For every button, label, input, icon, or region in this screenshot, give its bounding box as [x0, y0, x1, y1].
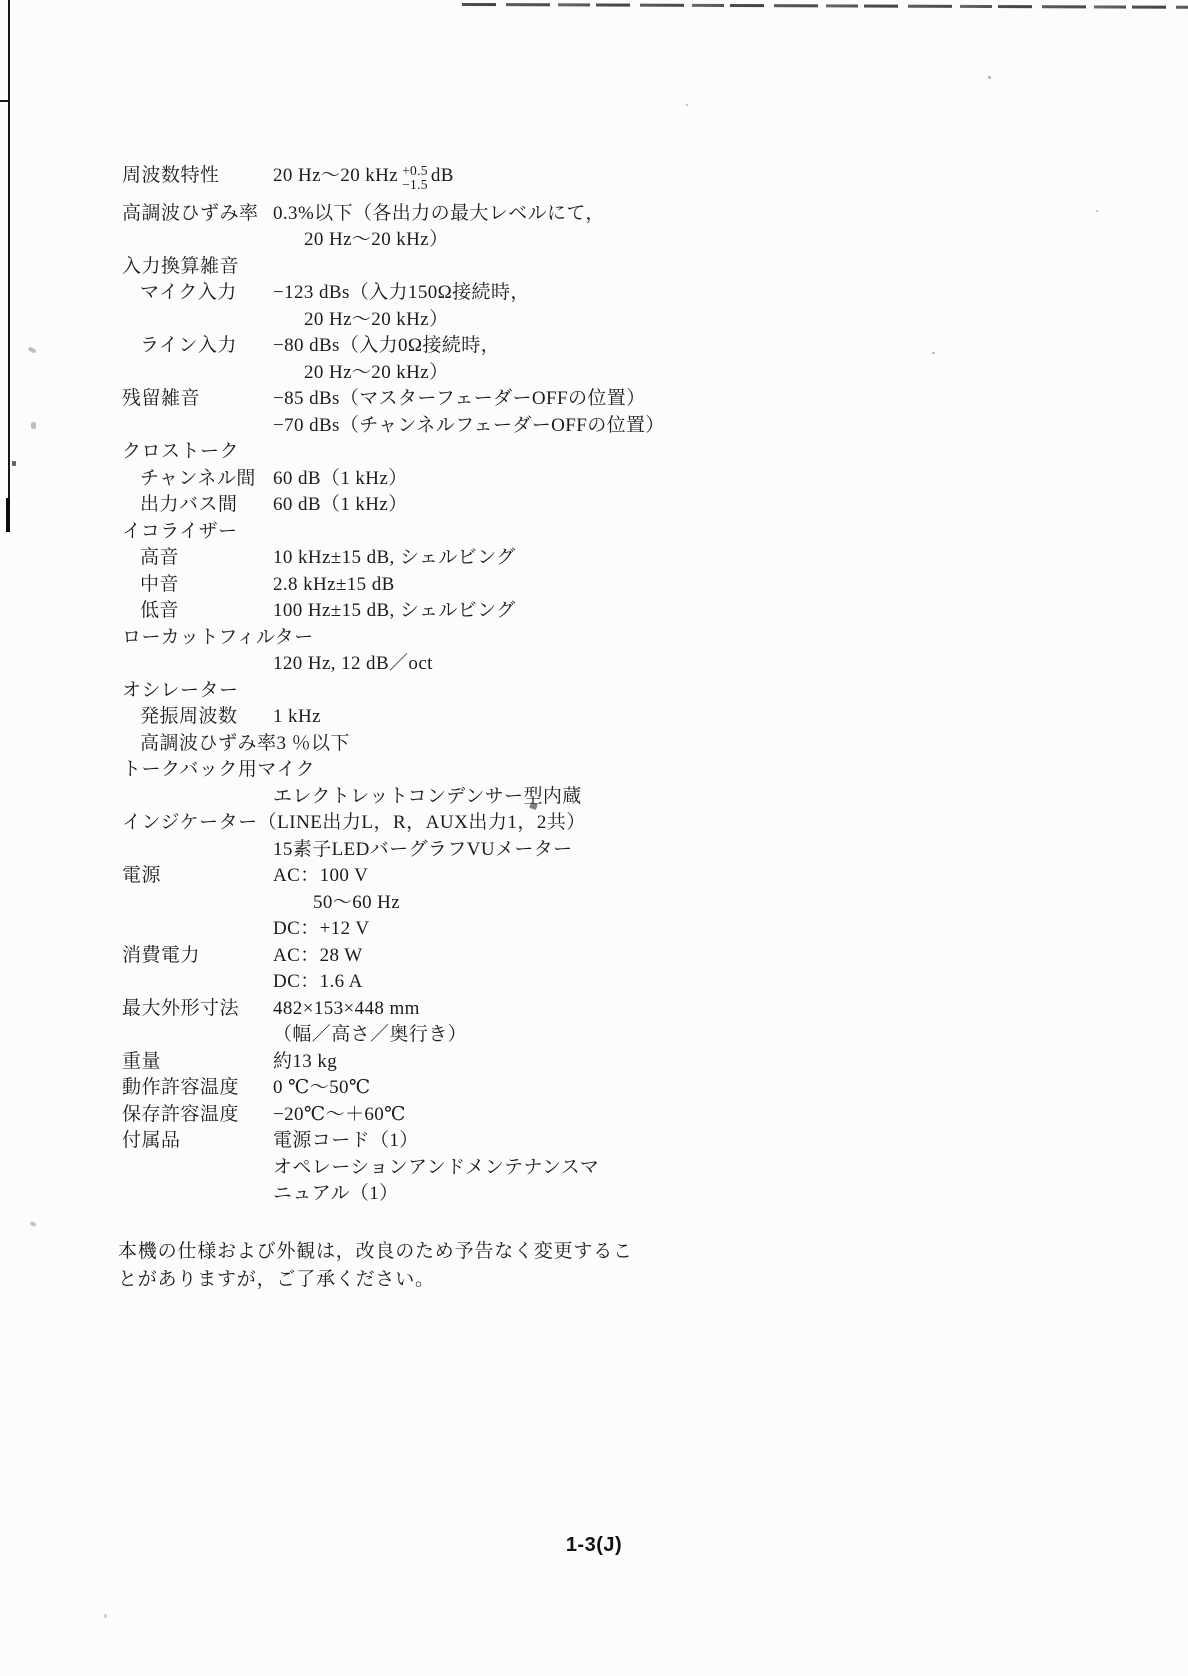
spec-label: 残留雑音 [122, 386, 273, 413]
spec-value: 120 Hz, 12 dB／oct [273, 651, 433, 678]
spec-label: マイク入力 [122, 280, 273, 307]
spec-value: 約13 kg [273, 1049, 337, 1076]
spec-line: 出力バス間60 dB（1 kHz） [122, 492, 1102, 519]
spec-value: DC：1.6 A [273, 969, 363, 996]
spec-line: 中音2.8 kHz±15 dB [122, 572, 1102, 599]
footer-note: 本機の仕様および外観は，改良のため予告なく変更するこ とがありますが，ご了承くだ… [118, 1238, 633, 1293]
spec-line: −70 dBs（チャンネルフェーダーOFFの位置） [122, 413, 1102, 440]
spec-value: −80 dBs（入力0Ω接続時， [273, 333, 500, 360]
document-page: 周波数特性20 Hz～20 kHz+0.5−1.5dB高調波ひずみ率0.3%以下… [0, 0, 1188, 1676]
spec-label: 低音 [122, 598, 273, 625]
spec-label: 入力換算雑音 [122, 254, 273, 281]
spec-line: 50～60 Hz [122, 890, 1102, 917]
spec-label: 消費電力 [122, 943, 273, 970]
spec-value: 50～60 Hz [313, 890, 400, 917]
spec-label: 発振周波数 [122, 704, 273, 731]
spec-line: 最大外形寸法482×153×448 mm [122, 996, 1102, 1023]
page-number: 1-3(J) [0, 1534, 1188, 1557]
spec-line: 発振周波数1 kHz [122, 704, 1102, 731]
spec-line: （幅／高さ／奥行き） [122, 1022, 1102, 1049]
scan-artifact [686, 104, 688, 106]
spec-line: 15素子LEDバーグラフVUメーター [122, 837, 1102, 864]
spec-label: 中音 [122, 572, 273, 599]
spec-line: 動作許容温度0 ℃～50℃ [122, 1075, 1102, 1102]
spec-label: 付属品 [122, 1128, 273, 1155]
spec-line: トークバック用マイク [122, 757, 1102, 784]
spec-line: 付属品電源コード（1） [122, 1128, 1102, 1155]
scan-left-margin-line [8, 0, 10, 498]
spec-line: 低音100 Hz±15 dB, シェルビング [122, 598, 1102, 625]
spec-line: 周波数特性20 Hz～20 kHz+0.5−1.5dB [122, 158, 1102, 201]
spec-label: 周波数特性 [122, 163, 273, 190]
spec-line: チャンネル間60 dB（1 kHz） [122, 466, 1102, 493]
spec-label: 保存許容温度 [122, 1102, 273, 1129]
spec-line: 120 Hz, 12 dB／oct [122, 651, 1102, 678]
spec-value: ニュアル（1） [273, 1181, 399, 1208]
footer-note-line: 本機の仕様および外観は，改良のため予告なく変更するこ [118, 1238, 633, 1266]
spec-line: DC：1.6 A [122, 969, 1102, 996]
spec-value: −85 dBs（マスターフェーダーOFFの位置） [273, 386, 646, 413]
tolerance-stack: +0.5−1.5 [402, 164, 428, 193]
spec-label: ライン入力 [122, 333, 273, 360]
scan-artifact [104, 1614, 107, 1618]
scan-artifact [28, 346, 37, 353]
spec-line: ライン入力−80 dBs（入力0Ω接続時， [122, 333, 1102, 360]
spec-line: 高調波ひずみ率0.3%以下（各出力の最大レベルにて， [122, 201, 1102, 228]
spec-line: 20 Hz～20 kHz） [122, 360, 1102, 387]
spec-label: ローカットフィルター [122, 625, 314, 652]
spec-value: 2.8 kHz±15 dB [273, 572, 395, 599]
spec-value: −123 dBs（入力150Ω接続時， [273, 280, 530, 307]
spec-value: 20 Hz～20 kHz） [304, 360, 449, 387]
spec-line: 入力換算雑音 [122, 254, 1102, 281]
spec-value: −70 dBs（チャンネルフェーダーOFFの位置） [273, 413, 665, 440]
spec-value: 20 Hz～20 kHz） [304, 227, 449, 254]
scan-left-margin-line-end [6, 498, 10, 532]
spec-line: 高音10 kHz±15 dB, シェルビング [122, 545, 1102, 572]
spec-value-suffix: dB [431, 165, 454, 186]
spec-value: 電源コード（1） [273, 1128, 419, 1155]
spec-line: ニュアル（1） [122, 1181, 1102, 1208]
spec-line: 残留雑音−85 dBs（マスターフェーダーOFFの位置） [122, 386, 1102, 413]
spec-line: 高調波ひずみ率3 ％以下 [122, 731, 1102, 758]
scan-artifact [988, 76, 991, 79]
spec-line: クロストーク [122, 439, 1102, 466]
spec-label: 動作許容温度 [122, 1075, 273, 1102]
spec-label: 最大外形寸法 [122, 996, 273, 1023]
spec-line: イコライザー [122, 519, 1102, 546]
scan-artifact [12, 461, 16, 466]
spec-label: オシレーター [122, 678, 273, 705]
spec-line: DC：+12 V [122, 916, 1102, 943]
specifications-list: 周波数特性20 Hz～20 kHz+0.5−1.5dB高調波ひずみ率0.3%以下… [122, 158, 1102, 1208]
spec-line: 重量約13 kg [122, 1049, 1102, 1076]
spec-label: インジケーター（LINE出力L，R，AUX出力1，2共） [122, 810, 586, 837]
spec-line: オペレーションアンドメンテナンスマ [122, 1155, 1102, 1182]
spec-value: 60 dB（1 kHz） [273, 466, 408, 493]
spec-line: マイク入力−123 dBs（入力150Ω接続時， [122, 280, 1102, 307]
spec-value: 60 dB（1 kHz） [273, 492, 408, 519]
spec-line: 電源AC：100 V [122, 863, 1102, 890]
spec-label: 高音 [122, 545, 273, 572]
spec-value-prefix: 20 Hz～20 kHz [273, 165, 398, 186]
spec-line: オシレーター [122, 678, 1102, 705]
spec-value: 3 ％以下 [277, 731, 350, 758]
spec-line: 20 Hz～20 kHz） [122, 227, 1102, 254]
spec-value: 15素子LEDバーグラフVUメーター [273, 837, 573, 864]
spec-label: イコライザー [122, 519, 273, 546]
spec-value: オペレーションアンドメンテナンスマ [273, 1155, 599, 1182]
scan-edge-line [462, 3, 1188, 9]
spec-line: 消費電力AC：28 W [122, 943, 1102, 970]
spec-value: 0 ℃～50℃ [273, 1075, 371, 1102]
spec-value: AC：100 V [273, 863, 368, 890]
spec-line: 保存許容温度−20℃～＋60℃ [122, 1102, 1102, 1129]
spec-value: DC：+12 V [273, 916, 369, 943]
footer-note-line: とがありますが，ご了承ください。 [118, 1266, 633, 1294]
spec-value: 482×153×448 mm [273, 996, 420, 1023]
spec-value: 20 Hz～20 kHz） [304, 307, 449, 334]
spec-label: 高調波ひずみ率 [122, 201, 273, 228]
spec-value: −20℃～＋60℃ [273, 1102, 406, 1129]
spec-line: ローカットフィルター [122, 625, 1102, 652]
spec-value: （幅／高さ／奥行き） [273, 1022, 467, 1049]
spec-line: エレクトレットコンデンサー型内蔵 [122, 784, 1102, 811]
spec-label: 高調波ひずみ率 [122, 731, 277, 758]
spec-value: 10 kHz±15 dB, シェルビング [273, 545, 516, 572]
spec-value: 100 Hz±15 dB, シェルビング [273, 598, 516, 625]
spec-value: 0.3%以下（各出力の最大レベルにて， [273, 201, 605, 228]
spec-label: 出力バス間 [122, 492, 273, 519]
spec-value: 1 kHz [273, 704, 321, 731]
scan-artifact [31, 422, 36, 429]
scan-left-margin-tick [0, 100, 9, 102]
spec-label: トークバック用マイク [122, 757, 315, 784]
spec-label: 重量 [122, 1049, 273, 1076]
scan-artifact [29, 1221, 36, 1227]
spec-value: エレクトレットコンデンサー型内蔵 [273, 784, 582, 811]
spec-line: 20 Hz～20 kHz） [122, 307, 1102, 334]
spec-value: 20 Hz～20 kHz+0.5−1.5dB [273, 163, 454, 193]
spec-label: チャンネル間 [122, 466, 273, 493]
spec-label: クロストーク [122, 439, 273, 466]
spec-label: 電源 [122, 863, 273, 890]
spec-value: AC：28 W [273, 943, 363, 970]
spec-line: インジケーター（LINE出力L，R，AUX出力1，2共） [122, 810, 1102, 837]
